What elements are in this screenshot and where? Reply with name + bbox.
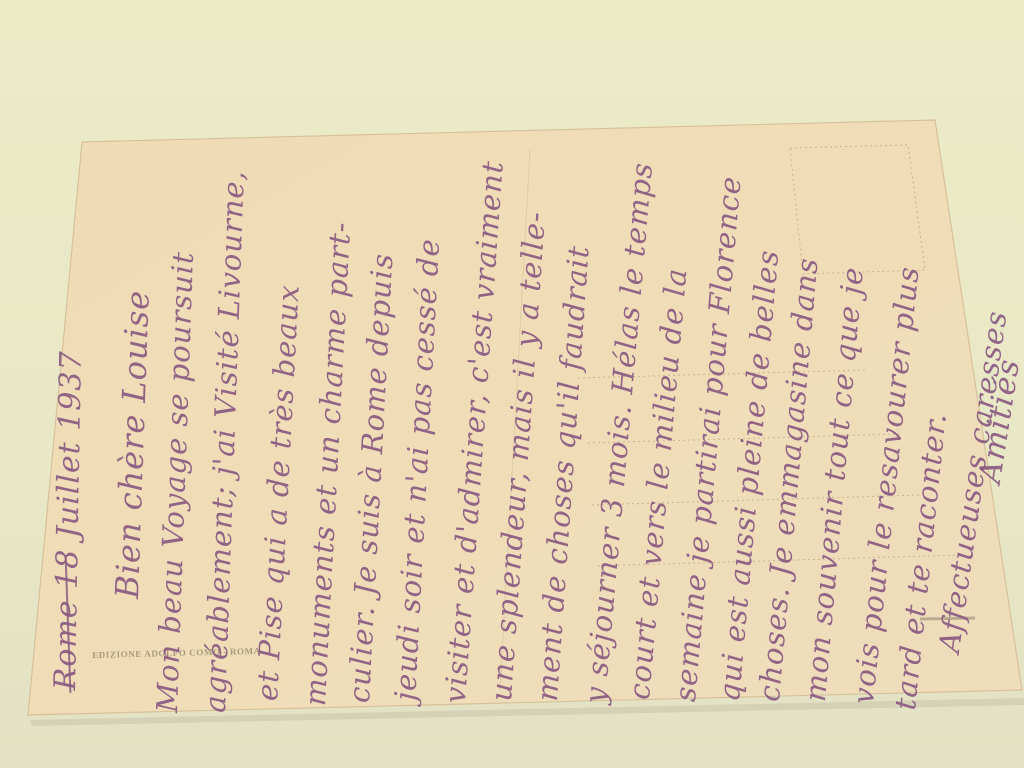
message-line: agréablement; j'ai Visité Livourne, <box>198 170 251 714</box>
handwritten-message: Rome 18 Juillet 1937 Bien chère Louise M… <box>0 0 1024 768</box>
message-line: et Pise qui a de très beaux <box>250 283 306 701</box>
postcard: EDIZIONE ADOLFO COMO - ROMA Rome 18 Juil… <box>0 0 1024 768</box>
message-line: Mon beau Voyage se poursuit <box>150 251 200 714</box>
place-date: Rome 18 Juillet 1937 <box>48 350 89 690</box>
salutation: Bien chère Louise <box>108 289 157 599</box>
